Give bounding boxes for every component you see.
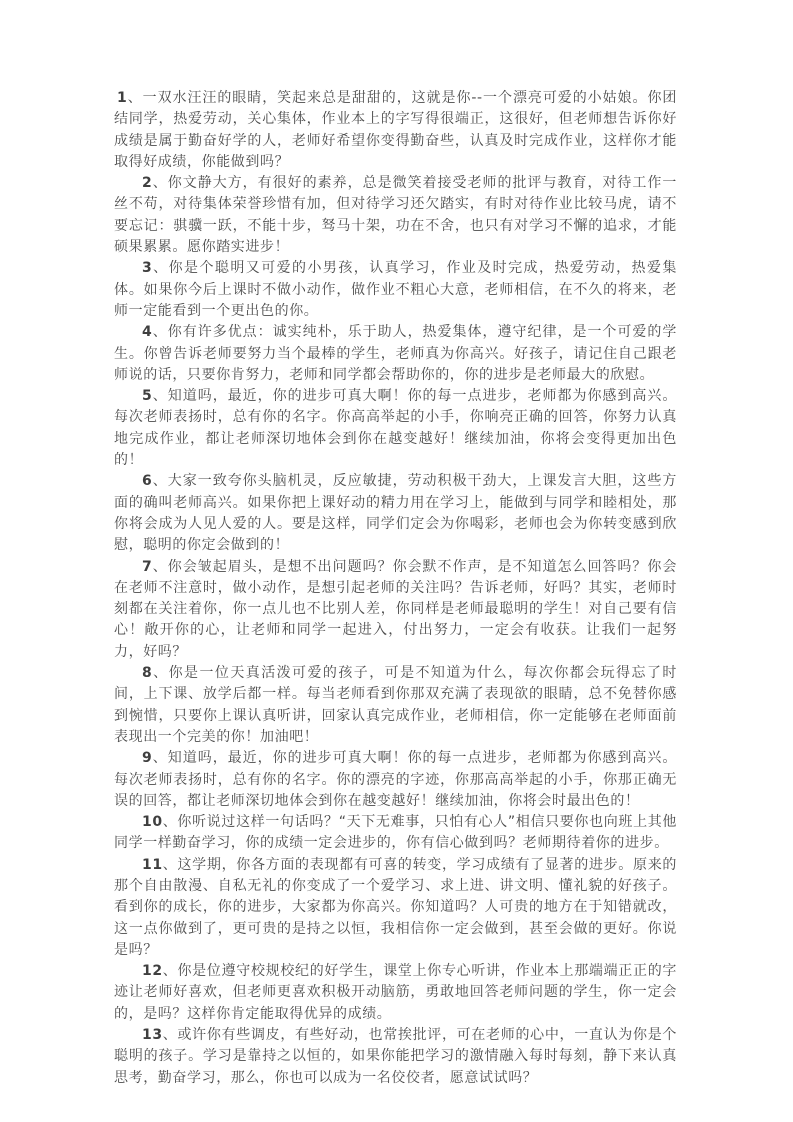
comments-text-block: 1、一双水汪汪的眼睛，笑起来总是甜甜的，这就是你--一个漂亮可爱的小姑娘。你团结… (114, 88, 677, 1089)
comment-paragraph: 13、或许你有些调皮，有些好动，也常挨批评，可在老师的心中，一直认为你是个聪明的… (114, 1025, 677, 1089)
paragraph-text: 你有许多优点：诚实纯朴，乐于助人，热爱集体，遵守纪律，是一个可爱的学生。你曾告诉… (114, 324, 677, 383)
paragraph-separator: 、 (152, 324, 167, 340)
comment-paragraph: 8、你是一位天真活泼可爱的孩子，可是不知道为什么，每次你都会玩得忘了时间，上下课… (114, 663, 677, 748)
paragraph-separator: 、 (163, 814, 178, 830)
comment-paragraph: 4、你有许多优点：诚实纯朴，乐于助人，热爱集体，遵守纪律，是一个可爱的学生。你曾… (114, 322, 677, 386)
paragraph-separator: 、 (163, 857, 178, 873)
paragraph-separator: 、 (152, 750, 167, 766)
paragraph-separator: 、 (163, 1027, 178, 1043)
paragraph-number: 4 (142, 324, 152, 340)
paragraph-separator: 、 (152, 388, 167, 404)
paragraph-text: 一双水汪汪的眼睛，笑起来总是甜甜的，这就是你--一个漂亮可爱的小姑娘。你团结同学… (114, 90, 677, 170)
paragraph-text: 你会皱起眉头，是想不出问题吗？你会默不作声，是不知道怎么回答吗？你会在老师不注意… (114, 559, 677, 660)
paragraph-number: 2 (142, 175, 152, 191)
paragraph-number: 3 (142, 260, 152, 276)
paragraph-text: 你是位遵守校规校纪的好学生，课堂上你专心听讲，作业本上那端端正正的字迹让老师好喜… (114, 963, 677, 1022)
comment-paragraph: 6、大家一致夸你头脑机灵，反应敏捷，劳动积极干劲大，上课发言大胆，这些方面的确叫… (114, 471, 677, 556)
comment-paragraph: 7、你会皱起眉头，是想不出问题吗？你会默不作声，是不知道怎么回答吗？你会在老师不… (114, 557, 677, 663)
paragraph-number: 6 (142, 473, 152, 489)
paragraph-separator: 、 (127, 90, 142, 106)
paragraph-number: 10 (142, 814, 163, 830)
paragraph-number: 7 (142, 559, 152, 575)
paragraph-text: 或许你有些调皮，有些好动，也常挨批评，可在老师的心中，一直认为你是个聪明的孩子。… (114, 1027, 677, 1086)
paragraph-text: 你是个聪明又可爱的小男孩，认真学习，作业及时完成，热爱劳动，热爱集体。如果你今后… (114, 260, 677, 319)
paragraph-number: 1 (117, 90, 127, 106)
paragraph-text: 你是一位天真活泼可爱的孩子，可是不知道为什么，每次你都会玩得忘了时间，上下课、放… (114, 665, 677, 745)
paragraph-separator: 、 (152, 559, 167, 575)
paragraph-separator: 、 (152, 665, 168, 681)
document-page: 1、一双水汪汪的眼睛，笑起来总是甜甜的，这就是你--一个漂亮可爱的小姑娘。你团结… (0, 0, 793, 1122)
comment-paragraph: 11、这学期，你各方面的表现都有可喜的转变，学习成绩有了显著的进步。原来的那个自… (114, 855, 677, 961)
paragraph-number: 5 (142, 388, 152, 404)
comment-paragraph: 12、你是位遵守校规校纪的好学生，课堂上你专心听讲，作业本上那端端正正的字迹让老… (114, 961, 677, 1025)
comment-paragraph: 5、知道吗，最近，你的进步可真大啊！你的每一点进步，老师都为你感到高兴。每次老师… (114, 386, 677, 471)
paragraph-number: 13 (142, 1027, 163, 1043)
paragraph-separator: 、 (163, 963, 178, 979)
comment-paragraph: 2、你文静大方，有很好的素养，总是微笑着接受老师的批评与教育，对待工作一丝不苟，… (114, 173, 677, 258)
comment-paragraph: 10、你听说过这样一句话吗？“天下无难事，只怕有心人”相信只要你也向班上其他同学… (114, 812, 677, 855)
comment-paragraph: 9、知道吗，最近，你的进步可真大啊！你的每一点进步，老师都为你感到高兴。每次老师… (114, 748, 677, 812)
paragraph-number: 9 (142, 750, 152, 766)
paragraph-text: 你听说过这样一句话吗？“天下无难事，只怕有心人”相信只要你也向班上其他同学一样勤… (114, 814, 677, 851)
paragraph-separator: 、 (152, 260, 168, 276)
paragraph-number: 12 (142, 963, 163, 979)
paragraph-number: 11 (142, 857, 163, 873)
paragraph-text: 知道吗，最近，你的进步可真大啊！你的每一点进步，老师都为你感到高兴。每次老师表扬… (114, 388, 677, 468)
paragraph-text: 知道吗，最近，你的进步可真大啊！你的每一点进步，老师都为你感到高兴。每次老师表扬… (114, 750, 677, 809)
paragraph-number: 8 (142, 665, 152, 681)
paragraph-text: 你文静大方，有很好的素养，总是微笑着接受老师的批评与教育，对待工作一丝不苟，对待… (114, 175, 677, 255)
comment-paragraph: 1、一双水汪汪的眼睛，笑起来总是甜甜的，这就是你--一个漂亮可爱的小姑娘。你团结… (114, 88, 677, 173)
paragraph-text: 大家一致夸你头脑机灵，反应敏捷，劳动积极干劲大，上课发言大胆，这些方面的确叫老师… (114, 473, 677, 553)
paragraph-separator: 、 (152, 175, 167, 191)
paragraph-separator: 、 (152, 473, 167, 489)
comment-paragraph: 3、你是个聪明又可爱的小男孩，认真学习，作业及时完成，热爱劳动，热爱集体。如果你… (114, 258, 677, 322)
paragraph-text: 这学期，你各方面的表现都有可喜的转变，学习成绩有了显著的进步。原来的那个自由散漫… (114, 857, 677, 958)
